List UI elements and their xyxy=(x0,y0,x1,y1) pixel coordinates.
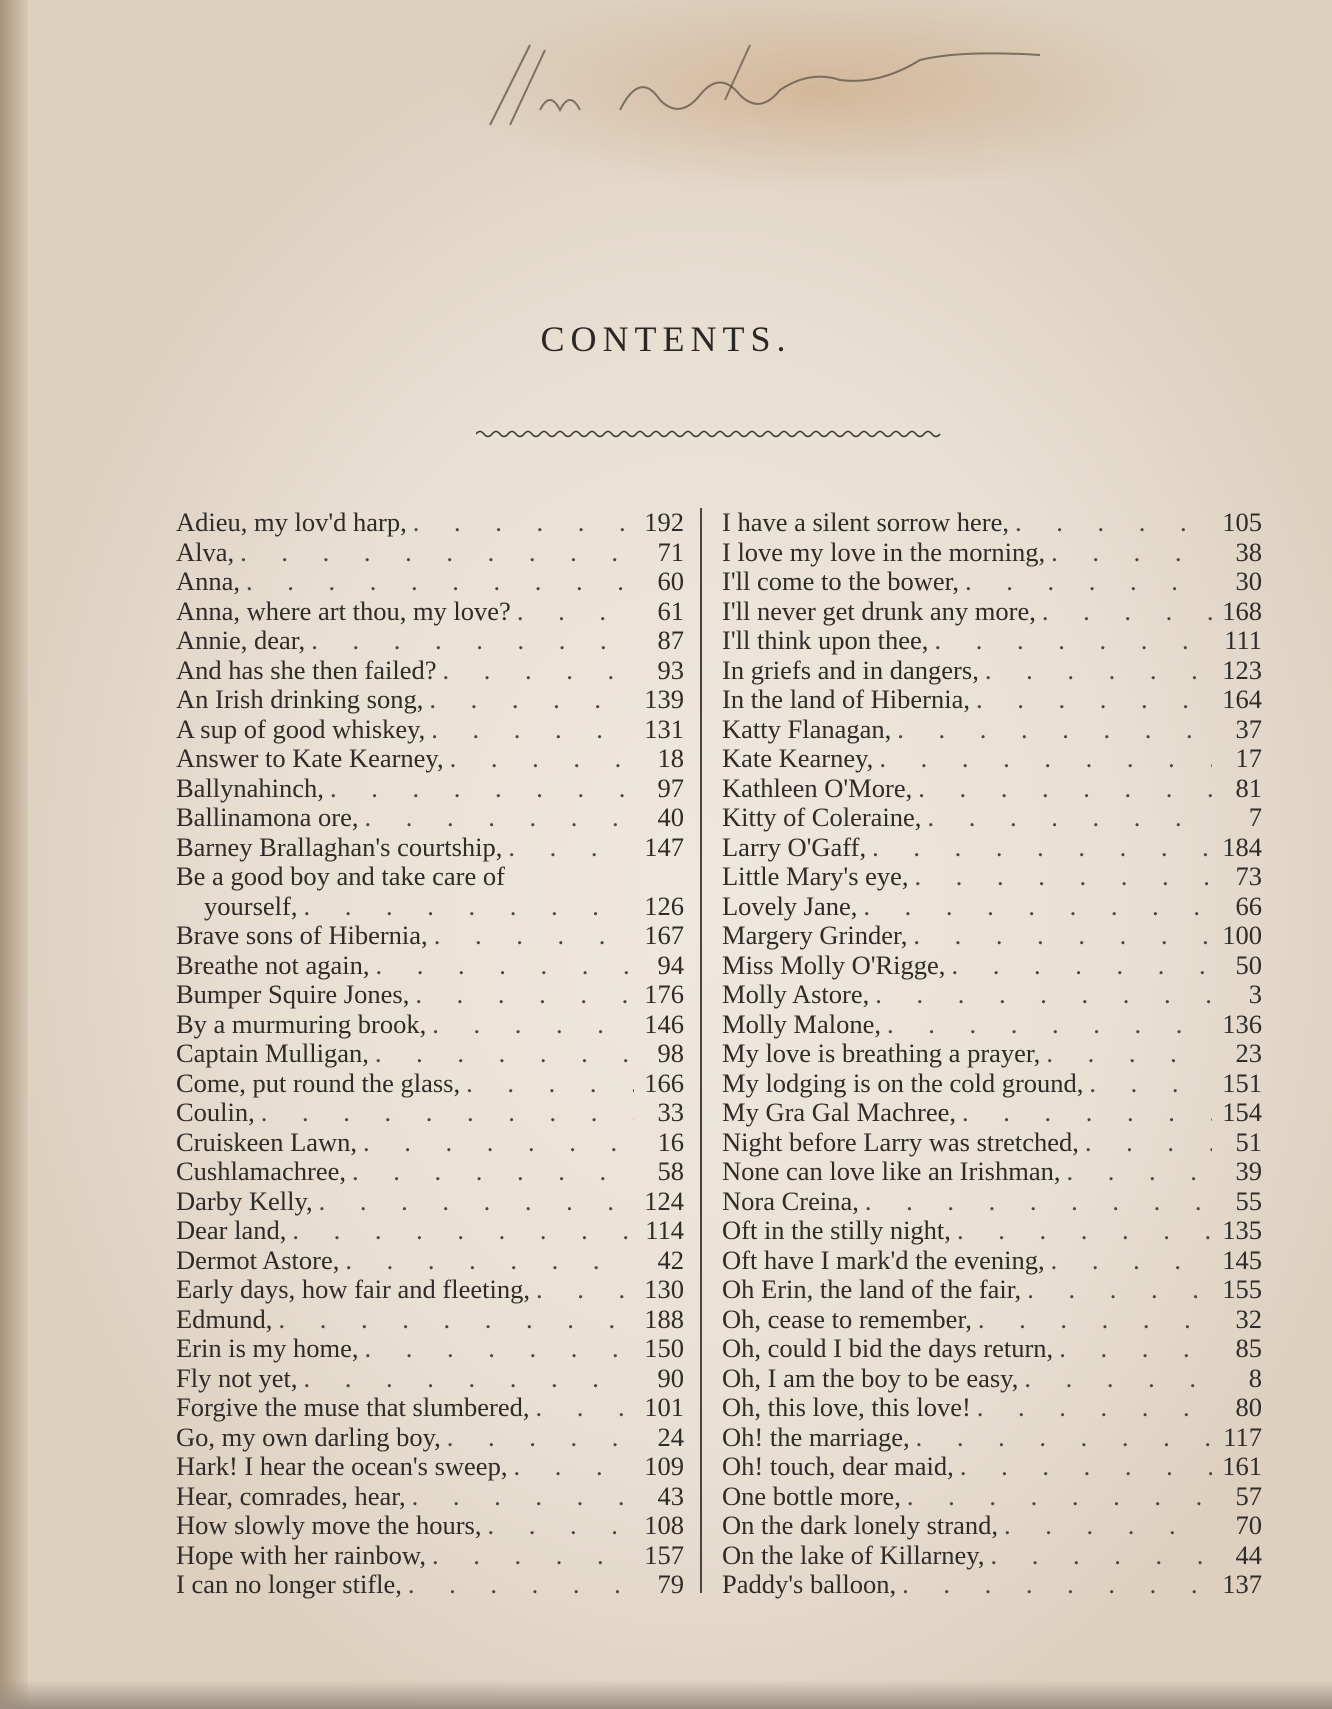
contents-entry[interactable]: My Gra Gal Machree, 154 xyxy=(722,1098,1262,1128)
dot-leader xyxy=(1067,1157,1213,1187)
dot-leader xyxy=(363,1128,634,1158)
song-title: Kitty of Coleraine, xyxy=(722,803,921,833)
song-title: Brave sons of Hibernia, xyxy=(176,921,428,951)
contents-entry[interactable]: On the lake of Killarney, 44 xyxy=(722,1541,1262,1571)
contents-entry[interactable]: Molly Malone, 136 xyxy=(722,1010,1262,1040)
page-number: 157 xyxy=(640,1541,684,1571)
dot-leader xyxy=(352,1157,634,1187)
song-title: Darby Kelly, xyxy=(176,1187,313,1217)
page-number: 23 xyxy=(1218,1039,1262,1069)
contents-entry[interactable]: Go, my own darling boy, 24 xyxy=(176,1423,684,1453)
contents-entry[interactable]: Oh Erin, the land of the fair, 155 xyxy=(722,1275,1262,1305)
dot-leader xyxy=(240,538,634,568)
contents-entry[interactable]: Anna, 60 xyxy=(176,567,684,597)
contents-entry[interactable]: On the dark lonely strand, 70 xyxy=(722,1511,1262,1541)
page-number: 44 xyxy=(1218,1541,1262,1571)
song-title: Lovely Jane, xyxy=(722,892,857,922)
song-title: Hark! I hear the ocean's sweep, xyxy=(176,1452,507,1482)
contents-entry[interactable]: Little Mary's eye, 73 xyxy=(722,862,1262,892)
contents-entry[interactable]: I'll never get drunk any more, 168 xyxy=(722,597,1262,627)
dot-leader xyxy=(907,1482,1212,1512)
song-title: Cruiskeen Lawn, xyxy=(176,1128,357,1158)
contents-entry[interactable]: Dermot Astore, 42 xyxy=(176,1246,684,1276)
dot-leader xyxy=(432,1541,634,1571)
dot-leader xyxy=(916,1423,1212,1453)
contents-entry[interactable]: I can no longer stifle, 79 xyxy=(176,1570,684,1600)
page-number: 150 xyxy=(640,1334,684,1364)
dot-leader xyxy=(902,1570,1212,1600)
contents-entry[interactable]: Miss Molly O'Rigge, 50 xyxy=(722,951,1262,981)
song-title: Night before Larry was stretched, xyxy=(722,1128,1079,1158)
page-number: 147 xyxy=(640,833,684,863)
page-number: 94 xyxy=(640,951,684,981)
contents-entry[interactable]: Kathleen O'More, 81 xyxy=(722,774,1262,804)
contents-entry[interactable]: Oh, this love, this love! 80 xyxy=(722,1393,1262,1423)
contents-entry[interactable]: One bottle more, 57 xyxy=(722,1482,1262,1512)
contents-entry[interactable]: Brave sons of Hibernia, 167 xyxy=(176,921,684,951)
contents-entry[interactable]: Forgive the muse that slumbered, 101 xyxy=(176,1393,684,1423)
song-title: Paddy's balloon, xyxy=(722,1570,896,1600)
dot-leader xyxy=(913,921,1212,951)
page-number: 146 xyxy=(640,1010,684,1040)
contents-entry[interactable]: I'll think upon thee, 111 xyxy=(722,626,1262,656)
song-title: Adieu, my lov'd harp, xyxy=(176,508,407,538)
page-number: 168 xyxy=(1218,597,1262,627)
contents-entry[interactable]: Paddy's balloon, 137 xyxy=(722,1570,1262,1600)
contents-entry[interactable]: Katty Flanagan, 37 xyxy=(722,715,1262,745)
page-number: 126 xyxy=(640,892,684,922)
song-title: An Irish drinking song, xyxy=(176,685,423,715)
contents-entry[interactable]: Ballinamona ore, 40 xyxy=(176,803,684,833)
page-number: 18 xyxy=(640,744,684,774)
contents-entry[interactable]: Edmund, 188 xyxy=(176,1305,684,1335)
page-number: 139 xyxy=(640,685,684,715)
contents-entry[interactable]: Ballynahinch, 97 xyxy=(176,774,684,804)
dot-leader xyxy=(1004,1511,1212,1541)
dot-leader xyxy=(376,951,634,981)
dot-leader xyxy=(292,1216,634,1246)
page-number: 40 xyxy=(640,803,684,833)
contents-entry[interactable]: Be a good boy and take care of xyxy=(176,862,684,892)
contents-entry[interactable]: Hark! I hear the ocean's sweep, 109 xyxy=(176,1452,684,1482)
dot-leader xyxy=(319,1187,634,1217)
page-number: 123 xyxy=(1218,656,1262,686)
contents-entry[interactable]: None can love like an Irishman, 39 xyxy=(722,1157,1262,1187)
song-title: Oh! the marriage, xyxy=(722,1423,910,1453)
page-number: 154 xyxy=(1218,1098,1262,1128)
song-title: A sup of good whiskey, xyxy=(176,715,425,745)
song-title: In griefs and in dangers, xyxy=(722,656,979,686)
page-number: 124 xyxy=(640,1187,684,1217)
contents-entry[interactable]: Oh, could I bid the days return, 85 xyxy=(722,1334,1262,1364)
dot-leader xyxy=(536,1275,634,1305)
song-title: Oh! touch, dear maid, xyxy=(722,1452,954,1482)
page-number: 32 xyxy=(1218,1305,1262,1335)
contents-entry[interactable]: An Irish drinking song, 139 xyxy=(176,685,684,715)
page-number: 66 xyxy=(1218,892,1262,922)
dot-leader xyxy=(303,892,634,922)
contents-entry[interactable]: And has she then failed? 93 xyxy=(176,656,684,686)
song-title: And has she then failed? xyxy=(176,656,437,686)
dot-leader xyxy=(872,833,1212,863)
contents-entry[interactable]: Larry O'Gaff, 184 xyxy=(722,833,1262,863)
wavy-divider-ornament xyxy=(476,428,942,440)
page-number: 136 xyxy=(1218,1010,1262,1040)
page-number: 42 xyxy=(640,1246,684,1276)
song-title: Fly not yet, xyxy=(176,1364,297,1394)
contents-entry[interactable]: In griefs and in dangers, 123 xyxy=(722,656,1262,686)
song-title: Miss Molly O'Rigge, xyxy=(722,951,945,981)
dot-leader xyxy=(927,803,1212,833)
dot-leader xyxy=(887,1010,1212,1040)
contents-entry[interactable]: Lovely Jane, 66 xyxy=(722,892,1262,922)
song-title: Oft have I mark'd the evening, xyxy=(722,1246,1045,1276)
dot-leader xyxy=(487,1511,634,1541)
song-title: Oh Erin, the land of the fair, xyxy=(722,1275,1021,1305)
page-number: 155 xyxy=(1218,1275,1262,1305)
page-number: 192 xyxy=(640,508,684,538)
song-title: I'll never get drunk any more, xyxy=(722,597,1036,627)
page-number: 176 xyxy=(640,980,684,1010)
dot-leader xyxy=(278,1305,634,1335)
page-number: 131 xyxy=(640,715,684,745)
song-title: Hope with her rainbow, xyxy=(176,1541,426,1571)
contents-entry[interactable]: Barney Brallaghan's courtship, 147 xyxy=(176,833,684,863)
song-title: Answer to Kate Kearney, xyxy=(176,744,444,774)
song-title: Anna, where art thou, my love? xyxy=(176,597,511,627)
contents-entry[interactable]: Annie, dear, 87 xyxy=(176,626,684,656)
song-title: Anna, xyxy=(176,567,240,597)
contents-entry[interactable]: Early days, how fair and fleeting, 130 xyxy=(176,1275,684,1305)
dot-leader xyxy=(934,626,1212,656)
contents-entry[interactable]: Kitty of Coleraine, 7 xyxy=(722,803,1262,833)
contents-entry[interactable]: Oh, I am the boy to be easy, 8 xyxy=(722,1364,1262,1394)
page-number: 151 xyxy=(1218,1069,1262,1099)
page-number: 97 xyxy=(640,774,684,804)
contents-entry[interactable]: Breathe not again, 94 xyxy=(176,951,684,981)
dot-leader xyxy=(985,656,1212,686)
dot-leader xyxy=(431,715,634,745)
song-title: I have a silent sorrow here, xyxy=(722,508,1009,538)
contents-entry[interactable]: Oh! touch, dear maid, 161 xyxy=(722,1452,1262,1482)
song-title: Oh, cease to remember, xyxy=(722,1305,972,1335)
page-number: 100 xyxy=(1218,921,1262,951)
dot-leader xyxy=(1051,1246,1212,1276)
dot-leader xyxy=(536,1393,634,1423)
page-number: 17 xyxy=(1218,744,1262,774)
page-number: 108 xyxy=(640,1511,684,1541)
dot-leader xyxy=(513,1452,634,1482)
dot-leader xyxy=(443,656,635,686)
dot-leader xyxy=(951,951,1212,981)
contents-entry[interactable]: Cruiskeen Lawn, 16 xyxy=(176,1128,684,1158)
dot-leader xyxy=(1046,1039,1212,1069)
page-number: 37 xyxy=(1218,715,1262,745)
page-number: 90 xyxy=(640,1364,684,1394)
contents-entry[interactable]: Come, put round the glass, 166 xyxy=(176,1069,684,1099)
dot-leader xyxy=(447,1423,634,1453)
page-number: 50 xyxy=(1218,951,1262,981)
song-title: Cushlamachree, xyxy=(176,1157,346,1187)
song-title: Dear land, xyxy=(176,1216,286,1246)
dot-leader xyxy=(303,1364,634,1394)
dot-leader xyxy=(330,774,634,804)
contents-entry[interactable]: Night before Larry was stretched, 51 xyxy=(722,1128,1262,1158)
dot-leader xyxy=(261,1098,634,1128)
contents-entry[interactable]: How slowly move the hours, 108 xyxy=(176,1511,684,1541)
column-divider xyxy=(700,508,702,1593)
dot-leader xyxy=(517,597,634,627)
contents-entry[interactable]: Hear, comrades, hear, 43 xyxy=(176,1482,684,1512)
song-title: yourself, xyxy=(204,892,297,922)
contents-entry[interactable]: Cushlamachree, 58 xyxy=(176,1157,684,1187)
song-title: Little Mary's eye, xyxy=(722,862,909,892)
contents-left-column: Adieu, my lov'd harp, 192 Alva, 71 Anna,… xyxy=(176,508,684,1600)
contents-entry[interactable]: By a murmuring brook, 146 xyxy=(176,1010,684,1040)
dot-leader xyxy=(415,980,634,1010)
dot-leader xyxy=(413,508,634,538)
song-title: Oh, this love, this love! xyxy=(722,1393,971,1423)
page-number: 24 xyxy=(640,1423,684,1453)
dot-leader xyxy=(879,744,1212,774)
song-title: Ballinamona ore, xyxy=(176,803,359,833)
song-title: Kathleen O'More, xyxy=(722,774,912,804)
dot-leader xyxy=(1027,1275,1212,1305)
page-number: 51 xyxy=(1218,1128,1262,1158)
song-title: My Gra Gal Machree, xyxy=(722,1098,956,1128)
song-title: By a murmuring brook, xyxy=(176,1010,426,1040)
page-number: 58 xyxy=(640,1157,684,1187)
page-number: 137 xyxy=(1218,1570,1262,1600)
page-number: 93 xyxy=(640,656,684,686)
page-number: 38 xyxy=(1218,538,1262,568)
contents-entry[interactable]: Oft in the stilly night, 135 xyxy=(722,1216,1262,1246)
page-number: 79 xyxy=(640,1570,684,1600)
dot-leader xyxy=(978,1305,1212,1335)
contents-entry[interactable]: Oft have I mark'd the evening, 145 xyxy=(722,1246,1262,1276)
dot-leader xyxy=(412,1482,634,1512)
page-number: 81 xyxy=(1218,774,1262,804)
song-title: Go, my own darling boy, xyxy=(176,1423,441,1453)
page-number: 98 xyxy=(640,1039,684,1069)
dot-leader xyxy=(915,862,1212,892)
page-number: 30 xyxy=(1218,567,1262,597)
contents-entry[interactable]: My lodging is on the cold ground, 151 xyxy=(722,1069,1262,1099)
dot-leader xyxy=(450,744,634,774)
dot-leader xyxy=(863,892,1212,922)
page-number: 161 xyxy=(1218,1452,1262,1482)
dot-leader xyxy=(408,1570,634,1600)
contents-entry[interactable]: Captain Mulligan, 98 xyxy=(176,1039,684,1069)
song-title: Forgive the muse that slumbered, xyxy=(176,1393,530,1423)
song-title: One bottle more, xyxy=(722,1482,901,1512)
dot-leader xyxy=(976,685,1212,715)
contents-entry[interactable]: Answer to Kate Kearney, 18 xyxy=(176,744,684,774)
contents-entry[interactable]: Darby Kelly, 124 xyxy=(176,1187,684,1217)
dot-leader xyxy=(960,1452,1212,1482)
contents-entry[interactable]: Dear land, 114 xyxy=(176,1216,684,1246)
page-number: 57 xyxy=(1218,1482,1262,1512)
page-number: 39 xyxy=(1218,1157,1262,1187)
song-title: Kate Kearney, xyxy=(722,744,873,774)
contents-entry[interactable]: Coulin, 33 xyxy=(176,1098,684,1128)
page-number: 8 xyxy=(1218,1364,1262,1394)
song-title: I love my love in the morning, xyxy=(722,538,1045,568)
song-title: Be a good boy and take care of xyxy=(176,862,505,892)
page-number: 145 xyxy=(1218,1246,1262,1276)
song-title: Hear, comrades, hear, xyxy=(176,1482,406,1512)
dot-leader xyxy=(1059,1334,1212,1364)
page-number: 80 xyxy=(1218,1393,1262,1423)
handwritten-signature xyxy=(470,40,1120,130)
song-title: Early days, how fair and fleeting, xyxy=(176,1275,530,1305)
page-number: 167 xyxy=(640,921,684,951)
dot-leader xyxy=(365,803,635,833)
song-title: Katty Flanagan, xyxy=(722,715,891,745)
song-title: Ballynahinch, xyxy=(176,774,324,804)
contents-entry[interactable]: yourself, 126 xyxy=(176,892,684,922)
page-number: 33 xyxy=(640,1098,684,1128)
song-title: Captain Mulligan, xyxy=(176,1039,369,1069)
song-title: Molly Malone, xyxy=(722,1010,881,1040)
song-title: Oh, could I bid the days return, xyxy=(722,1334,1053,1364)
contents-entry[interactable]: A sup of good whiskey, 131 xyxy=(176,715,684,745)
song-title: In the land of Hibernia, xyxy=(722,685,970,715)
dot-leader xyxy=(897,715,1212,745)
dot-leader xyxy=(1085,1128,1212,1158)
page-number: 16 xyxy=(640,1128,684,1158)
page-number: 87 xyxy=(640,626,684,656)
song-title: Annie, dear, xyxy=(176,626,305,656)
page-number: 55 xyxy=(1218,1187,1262,1217)
song-title: My love is breathing a prayer, xyxy=(722,1039,1040,1069)
song-title: I'll think upon thee, xyxy=(722,626,928,656)
page-number: 7 xyxy=(1218,803,1262,833)
contents-entry[interactable]: Oh! the marriage, 117 xyxy=(722,1423,1262,1453)
contents-entry[interactable]: I have a silent sorrow here, 105 xyxy=(722,508,1262,538)
song-title: Larry O'Gaff, xyxy=(722,833,866,863)
page-number: 114 xyxy=(640,1216,684,1246)
contents-entry[interactable]: I'll come to the bower, 30 xyxy=(722,567,1262,597)
contents-entry[interactable]: Alva, 71 xyxy=(176,538,684,568)
page-number: 85 xyxy=(1218,1334,1262,1364)
song-title: On the dark lonely strand, xyxy=(722,1511,998,1541)
song-title: Oh, I am the boy to be easy, xyxy=(722,1364,1018,1394)
contents-entry[interactable]: Hope with her rainbow, 157 xyxy=(176,1541,684,1571)
page-number: 70 xyxy=(1218,1511,1262,1541)
song-title: Bumper Squire Jones, xyxy=(176,980,409,1010)
dot-leader xyxy=(1051,538,1212,568)
page-bottom-edge xyxy=(0,1680,1332,1709)
dot-leader xyxy=(875,980,1212,1010)
dot-leader xyxy=(311,626,634,656)
song-title: I'll come to the bower, xyxy=(722,567,959,597)
song-title: My lodging is on the cold ground, xyxy=(722,1069,1083,1099)
page-number: 105 xyxy=(1218,508,1262,538)
song-title: Edmund, xyxy=(176,1305,272,1335)
dot-leader xyxy=(466,1069,634,1099)
contents-entry[interactable]: Anna, where art thou, my love? 61 xyxy=(176,597,684,627)
dot-leader xyxy=(1015,508,1212,538)
dot-leader xyxy=(246,567,634,597)
page-number: 3 xyxy=(1218,980,1262,1010)
page-number: 71 xyxy=(640,538,684,568)
dot-leader xyxy=(429,685,634,715)
song-title: Erin is my home, xyxy=(176,1334,359,1364)
contents-entry[interactable]: Fly not yet, 90 xyxy=(176,1364,684,1394)
page-number: 166 xyxy=(640,1069,684,1099)
dot-leader xyxy=(957,1216,1212,1246)
contents-right-column: I have a silent sorrow here, 105 I love … xyxy=(722,508,1262,1600)
page-number: 111 xyxy=(1218,626,1262,656)
dot-leader xyxy=(990,1541,1212,1571)
book-page: CONTENTS. Adieu, my lov'd harp, 192 Alva… xyxy=(0,0,1332,1709)
dot-leader xyxy=(865,1187,1212,1217)
song-title: I can no longer stifle, xyxy=(176,1570,402,1600)
song-title: On the lake of Killarney, xyxy=(722,1541,984,1571)
contents-entry[interactable]: Kate Kearney, 17 xyxy=(722,744,1262,774)
page-gutter-edge xyxy=(0,0,28,1709)
song-title: Coulin, xyxy=(176,1098,255,1128)
page-number: 73 xyxy=(1218,862,1262,892)
dot-leader xyxy=(375,1039,634,1069)
song-title: None can love like an Irishman, xyxy=(722,1157,1061,1187)
page-number: 101 xyxy=(640,1393,684,1423)
contents-entry[interactable]: In the land of Hibernia, 164 xyxy=(722,685,1262,715)
dot-leader xyxy=(508,833,634,863)
song-title: Come, put round the glass, xyxy=(176,1069,460,1099)
contents-entry[interactable]: Nora Creina, 55 xyxy=(722,1187,1262,1217)
song-title: Barney Brallaghan's courtship, xyxy=(176,833,502,863)
song-title: Nora Creina, xyxy=(722,1187,859,1217)
dot-leader xyxy=(918,774,1212,804)
dot-leader xyxy=(962,1098,1212,1128)
contents-entry[interactable]: I love my love in the morning, 38 xyxy=(722,538,1262,568)
song-title: How slowly move the hours, xyxy=(176,1511,481,1541)
page-number: 188 xyxy=(640,1305,684,1335)
song-title: Dermot Astore, xyxy=(176,1246,339,1276)
dot-leader xyxy=(977,1393,1212,1423)
page-number: 135 xyxy=(1218,1216,1262,1246)
dot-leader xyxy=(432,1010,634,1040)
dot-leader xyxy=(365,1334,634,1364)
song-title: Oft in the stilly night, xyxy=(722,1216,951,1246)
contents-entry[interactable]: Bumper Squire Jones, 176 xyxy=(176,980,684,1010)
page-number: 117 xyxy=(1218,1423,1262,1453)
contents-entry[interactable]: Erin is my home, 150 xyxy=(176,1334,684,1364)
dot-leader xyxy=(965,567,1212,597)
dot-leader xyxy=(1089,1069,1212,1099)
contents-entry[interactable]: My love is breathing a prayer, 23 xyxy=(722,1039,1262,1069)
contents-entry[interactable]: Oh, cease to remember, 32 xyxy=(722,1305,1262,1335)
dot-leader xyxy=(1024,1364,1212,1394)
song-title: Breathe not again, xyxy=(176,951,370,981)
dot-leader xyxy=(1042,597,1212,627)
page-number: 164 xyxy=(1218,685,1262,715)
page-number: 184 xyxy=(1218,833,1262,863)
page-number: 109 xyxy=(640,1452,684,1482)
contents-entry[interactable]: Molly Astore, 3 xyxy=(722,980,1262,1010)
song-title: Molly Astore, xyxy=(722,980,869,1010)
page-number: 130 xyxy=(640,1275,684,1305)
song-title: Alva, xyxy=(176,538,234,568)
page-title: CONTENTS. xyxy=(0,318,1332,360)
contents-entry[interactable]: Margery Grinder, 100 xyxy=(722,921,1262,951)
dot-leader xyxy=(345,1246,634,1276)
page-number: 43 xyxy=(640,1482,684,1512)
dot-leader xyxy=(434,921,634,951)
contents-entry[interactable]: Adieu, my lov'd harp, 192 xyxy=(176,508,684,538)
